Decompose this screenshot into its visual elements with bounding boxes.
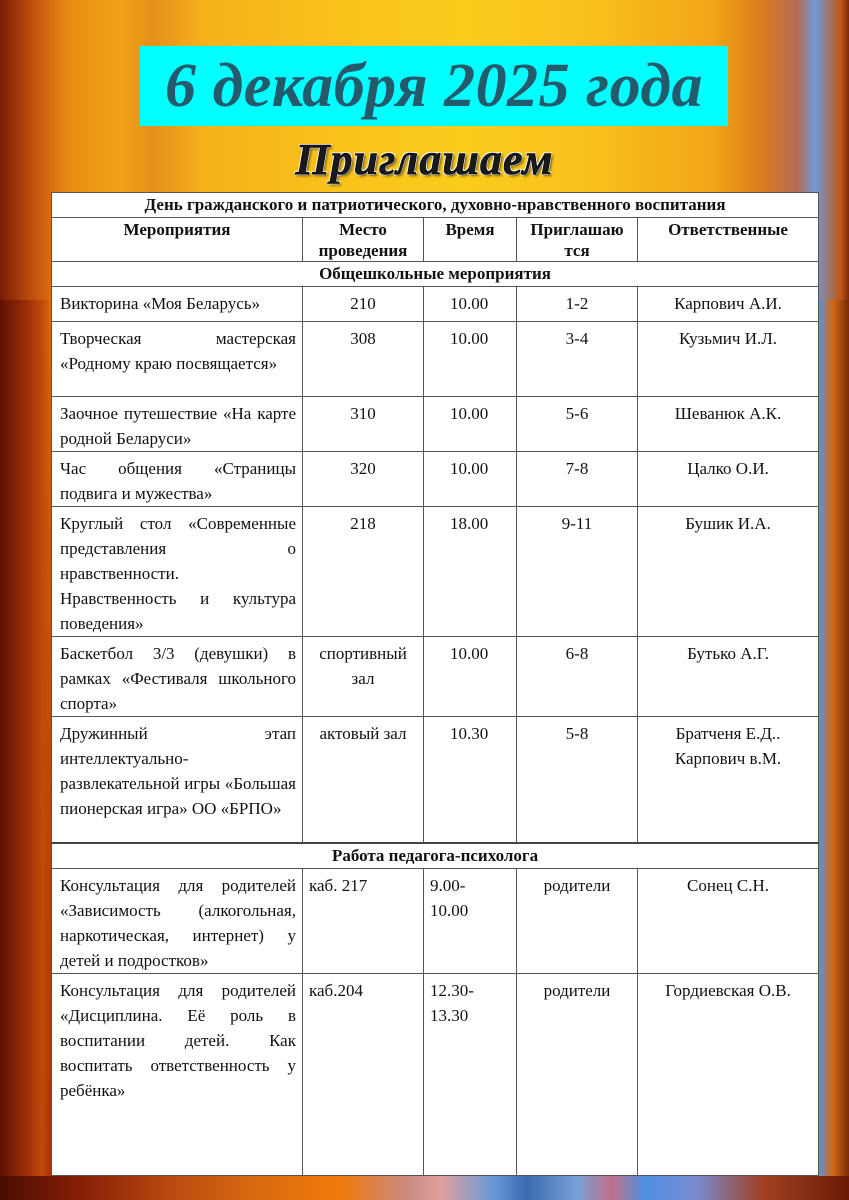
section-row: Работа педагога-психолога — [52, 843, 819, 869]
responsible-cell: Бутько А.Г. — [638, 637, 819, 717]
table-header-row: Мероприятия Место проведения Время Пригл… — [52, 218, 819, 262]
place-cell: 308 — [303, 322, 424, 397]
schedule-table: День гражданского и патриотического, дух… — [51, 192, 819, 1176]
table-row: Баскетбол 3/3 (девушки) в рамках «Фестив… — [52, 637, 819, 717]
place-cell: актовый зал — [303, 717, 424, 843]
event-cell: Творческая мастерская «Родному краю посв… — [52, 322, 303, 397]
time-cell: 10.30 — [424, 717, 517, 843]
table-row: Заочное путешествие «На карте родной Бел… — [52, 397, 819, 452]
invited-cell: 5-8 — [517, 717, 638, 843]
table-title-row: День гражданского и патриотического, дух… — [52, 193, 819, 218]
event-cell: Консультация для родителей «Дисциплина. … — [52, 973, 303, 1176]
time-cell: 9.00-10.00 — [424, 868, 517, 973]
time-cell: 10.00 — [424, 322, 517, 397]
invited-cell: 7-8 — [517, 452, 638, 507]
event-cell: Баскетбол 3/3 (девушки) в рамках «Фестив… — [52, 637, 303, 717]
responsible-cell: Братченя Е.Д.. Карпович в.М. — [638, 717, 819, 843]
date-banner: 6 декабря 2025 года — [140, 46, 728, 126]
place-cell: спортивный зал — [303, 637, 424, 717]
responsible-cell: Сонец С.Н. — [638, 868, 819, 973]
responsible-cell: Цалко О.И. — [638, 452, 819, 507]
time-cell: 10.00 — [424, 452, 517, 507]
event-cell: Дружинный этап интеллектуально-развлекат… — [52, 717, 303, 843]
table-row: Консультация для родителей «Дисциплина. … — [52, 973, 819, 1176]
background-bottom-strip — [0, 1176, 849, 1200]
invited-cell: 1-2 — [517, 287, 638, 322]
section-title: Общешкольные мероприятия — [52, 262, 819, 287]
column-header-time: Время — [424, 218, 517, 262]
table-row: Дружинный этап интеллектуально-развлекат… — [52, 717, 819, 843]
column-header-place: Место проведения — [303, 218, 424, 262]
invited-cell: родители — [517, 973, 638, 1176]
time-cell: 12.30-13.30 — [424, 973, 517, 1176]
column-header-events: Мероприятия — [52, 218, 303, 262]
column-header-invited: Приглашаю тся — [517, 218, 638, 262]
event-cell: Консультация для родителей «Зависимость … — [52, 868, 303, 973]
responsible-cell: Гордиевская О.В. — [638, 973, 819, 1176]
responsible-cell: Кузьмич И.Л. — [638, 322, 819, 397]
responsible-cell: Карпович А.И. — [638, 287, 819, 322]
table-row: Викторина «Моя Беларусь» 210 10.00 1-2 К… — [52, 287, 819, 322]
invite-heading: Приглашаем — [0, 134, 849, 185]
table-row: Консультация для родителей «Зависимость … — [52, 868, 819, 973]
table-row: Круглый стол «Современные представления … — [52, 507, 819, 637]
place-cell: каб.204 — [303, 973, 424, 1176]
time-cell: 10.00 — [424, 287, 517, 322]
place-cell: 210 — [303, 287, 424, 322]
date-heading: 6 декабря 2025 года — [165, 51, 703, 122]
event-cell: Круглый стол «Современные представления … — [52, 507, 303, 637]
responsible-cell: Шеванюк А.К. — [638, 397, 819, 452]
table-title: День гражданского и патриотического, дух… — [52, 193, 819, 218]
section-title: Работа педагога-психолога — [52, 843, 819, 869]
invited-cell: 3-4 — [517, 322, 638, 397]
table-row: Творческая мастерская «Родному краю посв… — [52, 322, 819, 397]
place-cell: 218 — [303, 507, 424, 637]
column-header-responsible: Ответственные — [638, 218, 819, 262]
invited-cell: 9-11 — [517, 507, 638, 637]
invited-cell: 5-6 — [517, 397, 638, 452]
section-row: Общешкольные мероприятия — [52, 262, 819, 287]
place-cell: каб. 217 — [303, 868, 424, 973]
invited-cell: родители — [517, 868, 638, 973]
event-cell: Викторина «Моя Беларусь» — [52, 287, 303, 322]
responsible-cell: Бушик И.А. — [638, 507, 819, 637]
schedule-table-container: День гражданского и патриотического, дух… — [51, 192, 818, 1176]
event-cell: Заочное путешествие «На карте родной Бел… — [52, 397, 303, 452]
time-cell: 10.00 — [424, 397, 517, 452]
place-cell: 320 — [303, 452, 424, 507]
event-cell: Час общения «Страницы подвига и мужества… — [52, 452, 303, 507]
place-cell: 310 — [303, 397, 424, 452]
time-cell: 18.00 — [424, 507, 517, 637]
time-cell: 10.00 — [424, 637, 517, 717]
table-row: Час общения «Страницы подвига и мужества… — [52, 452, 819, 507]
invited-cell: 6-8 — [517, 637, 638, 717]
